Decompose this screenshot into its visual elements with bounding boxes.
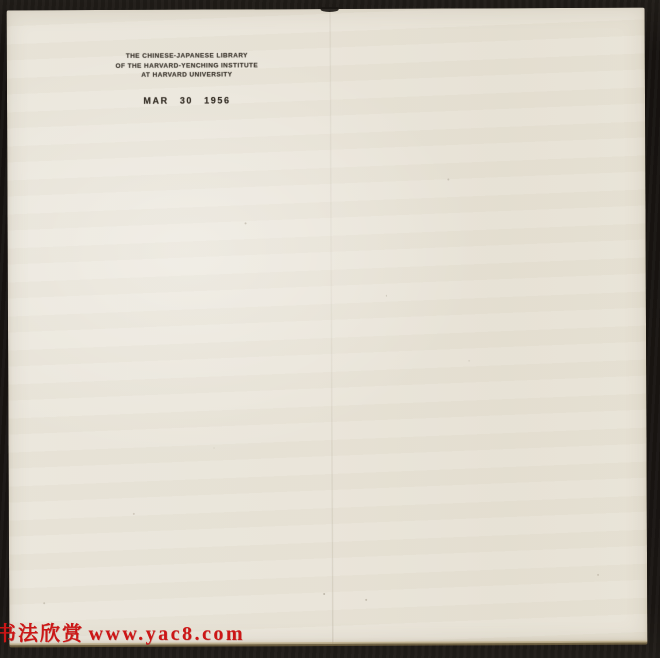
dust-speck (468, 360, 470, 361)
scanned-book-page: THE CHINESE-JAPANESE LIBRARY OF THE HARV… (0, 0, 660, 658)
watermark-site-url: www.yac8.com (88, 623, 245, 645)
dust-speck (133, 513, 135, 515)
dust-speck (365, 599, 367, 601)
dust-speck (386, 295, 387, 297)
stamp-line-3: AT HARVARD UNIVERSITY (109, 70, 265, 80)
dust-speck (43, 602, 45, 604)
watermark-site-name: 书法欣赏 (0, 623, 84, 645)
paper-sheet: THE CHINESE-JAPANESE LIBRARY OF THE HARV… (7, 8, 648, 646)
site-watermark: 书法欣赏 www.yac8.com (0, 617, 245, 646)
dust-speck (323, 593, 325, 595)
accession-date-stamp: MAR 30 1956 (109, 95, 265, 106)
stamp-line-2: OF THE HARVARD-YENCHING INSTITUTE (109, 61, 265, 71)
dust-speck (447, 178, 449, 180)
dust-speck (597, 574, 599, 576)
fold-top-notch (321, 7, 339, 12)
library-ownership-stamp: THE CHINESE-JAPANESE LIBRARY OF THE HARV… (109, 51, 265, 80)
dust-speck (245, 222, 247, 224)
dust-speck (214, 447, 215, 448)
page-fold-crease (329, 9, 335, 644)
stamp-line-1: THE CHINESE-JAPANESE LIBRARY (109, 51, 265, 61)
